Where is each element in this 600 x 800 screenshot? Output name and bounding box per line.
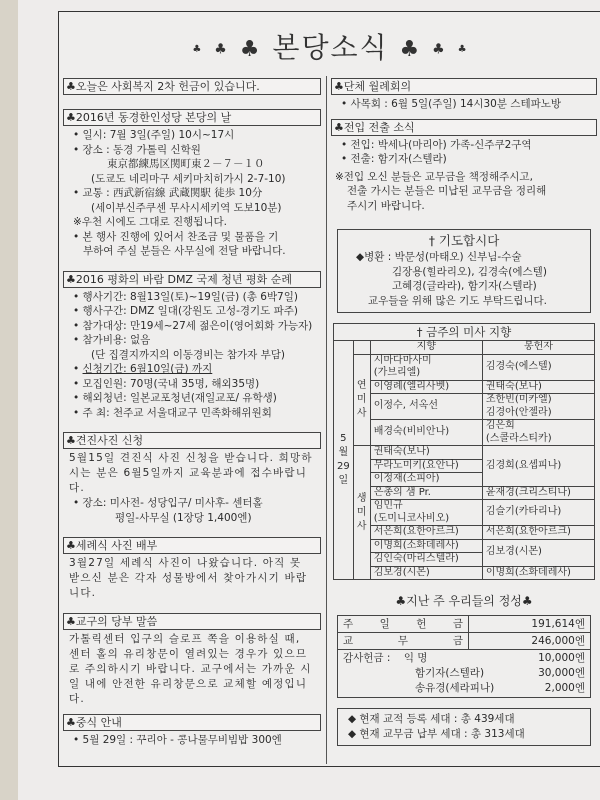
sunday-offering-label: 주일헌금 xyxy=(338,616,469,633)
club-icon: ♣ xyxy=(432,42,447,58)
confirmation-photo-place-2: 평일-사무실 (1장당 1,400엔) xyxy=(63,511,321,526)
prayer-request: 교우들을 위해 많은 기도 부탁드립니다. xyxy=(338,294,590,309)
transfer-out: • 전출: 함기자(스텔라) xyxy=(331,152,597,167)
dues-households: ◆ 현재 교무금 납부 세대 : 총 313세대 xyxy=(348,727,590,742)
dmz-period: • 행사기간: 8월13일(토)~19일(금) (총 6박7일) xyxy=(63,290,321,305)
prayer-sick: ◆병환 : 박문성(마태오) 신부님-수술 xyxy=(338,250,590,265)
bulletin-frame: ♣ ♣ ♣ 본당소식 ♣ ♣ ♣ ♣오늘은 사회복지 2차 헌금이 있습니다. … xyxy=(58,11,600,767)
mass-intention-table: † 금주의 미사 지향 5 월 29 일 지향 봉헌자 연 미 사 시마다마사미… xyxy=(333,323,595,580)
left-column: ♣오늘은 사회복지 2차 헌금이 있습니다. ♣2016년 동경한인성당 본당의… xyxy=(63,78,321,748)
table-row: 이명희(소화데레사) 김보경(시몬) xyxy=(334,539,595,553)
table-row: 이정수, 서옥선 조한빈(미카엘) 김경아(안젤라) xyxy=(334,394,595,420)
meal-line: • 5월 29일 : 꾸리아 - 콩나물무비빔밥 300엔 xyxy=(63,733,321,748)
prayer-box: † 기도합시다 ◆병환 : 박문성(마태오) 신부님-수술 김장용(힐라리오),… xyxy=(337,229,591,313)
parish-day-transport-kr: (세이부신주쿠센 무사시세키역 도보10분) xyxy=(63,201,321,216)
dmz-heading: ♣2016 평화의 바람 DMZ 국제 청년 평화 순례 xyxy=(63,271,321,288)
dues-amount: 246,000엔 xyxy=(469,633,591,650)
parish-day-rain-note: ※우천 시에도 그대로 진행됩니다. xyxy=(63,215,321,230)
sunday-offering-amount: 191,614엔 xyxy=(469,616,591,633)
prayer-names-1: 김장용(힐라리오), 김경숙(에스텔) xyxy=(338,265,590,280)
col-offerer: 봉헌자 xyxy=(482,341,594,355)
prayer-names-2: 고혜경(글라라), 함기자(스텔라) xyxy=(338,279,590,294)
dmz-cost: • 참가비용: 없음 xyxy=(63,333,321,348)
table-row: 연 미 사 시마다마사미 (가브리엘) 김경숙(에스텔) xyxy=(334,354,595,380)
table-row: 주일헌금 191,614엔 xyxy=(338,616,591,633)
parish-day-heading: ♣2016년 동경한인성당 본당의 날 xyxy=(63,109,321,126)
dmz-target: • 참가대상: 만19세~27세 젊은이(영어회화 가능자) xyxy=(63,319,321,334)
paper: ♣ ♣ ♣ 본당소식 ♣ ♣ ♣ ♣오늘은 사회복지 2차 헌금이 있습니다. … xyxy=(18,0,600,800)
parish-day-place: • 장소 : 동경 가톨릭 신학원 xyxy=(63,143,321,158)
col-intention: 지향 xyxy=(370,341,482,355)
dues-label: 교무금 xyxy=(338,633,469,650)
club-icon: ♣ xyxy=(214,42,229,58)
title-text: 본당소식 xyxy=(272,31,388,64)
table-row: 김보경(시몬) 이명희(소화데레사) xyxy=(334,566,595,580)
table-row: 배경숙(비비안나) 김은희 (스콜라스티카) xyxy=(334,420,595,446)
parish-day-address-kr: (도쿄도 네리마구 세키마치히가시 2-7-10) xyxy=(63,172,321,187)
transfer-note-3: 주시기 바랍니다. xyxy=(331,199,597,214)
group-meeting-heading: ♣단체 월례회의 xyxy=(331,78,597,95)
dmz-recruit: • 모집인원: 70명(국내 35명, 해외35명) xyxy=(63,377,321,392)
parish-day-date: • 일시: 7월 3일(주일) 10시~17시 xyxy=(63,128,321,143)
thanks-offering: 감사헌금 : 익 명10,000엔 함기자(스텔라)30,000엔 송유경(세라… xyxy=(338,650,591,698)
right-column: ♣단체 월례회의 • 사목회 : 6월 5일(주일) 14시30분 스테파노방 … xyxy=(331,78,597,746)
table-row: 이영례(엘리사벳) 권태숙(보나) xyxy=(334,380,595,394)
offering-title: ♣지난 주 우리들의 정성♣ xyxy=(331,592,597,609)
group-meeting-line: • 사목회 : 6월 5일(주일) 14시30분 스테파노방 xyxy=(331,97,597,112)
parish-day-address-jp: 東京都練馬区関町東２－７－１０ xyxy=(63,157,321,172)
registered-households: ◆ 현재 교적 등록 세대 : 총 439세대 xyxy=(348,712,590,727)
confirmation-photo-place: • 장소: 미사전- 성당입구/ 미사후- 센터홀 xyxy=(63,496,321,511)
parish-request-body: 가톨릭센터 입구의 슬로프 쪽을 이용하실 때, 센터 홀의 유리창문이 열려있… xyxy=(63,632,321,707)
baptism-photo-heading: ♣세례식 사진 배부 xyxy=(63,537,321,554)
parish-day-donation-1: • 본 행사 진행에 있어서 찬조금 및 물품을 기 xyxy=(63,230,321,245)
dmz-apply-period: • 신청기간: 6월10일(금) 까지 xyxy=(63,362,321,377)
parish-day-donation-2: 부하여 주실 분들은 사무실에 전달 바랍니다. xyxy=(63,244,321,259)
transfer-in: • 전입: 박세나(마리아) 가족-신주쿠2구역 xyxy=(331,138,597,153)
club-icon: ♣ xyxy=(240,37,262,62)
table-row: 서은희(요한아르크) 서은희(요한아르크) xyxy=(334,526,595,540)
dmz-area: • 행사구간: DMZ 일대(강원도 고성-경기도 파주) xyxy=(63,304,321,319)
table-row: 교무금 246,000엔 xyxy=(338,633,591,650)
parish-day-transport: • 교통 : 西武新宿線 武蔵関駅 徒歩 10分 xyxy=(63,186,321,201)
baptism-photo-body: 3월27일 세례식 사진이 나왔습니다. 아직 못 받으신 분은 각자 성물방에… xyxy=(63,556,321,601)
household-summary: ◆ 현재 교적 등록 세대 : 총 439세대 ◆ 현재 교무금 납부 세대 :… xyxy=(337,708,591,746)
table-row: 생 미 사 권태숙(보나) 김경희(요셉피나) xyxy=(334,446,595,460)
table-row: 감사헌금 : 익 명10,000엔 함기자(스텔라)30,000엔 송유경(세라… xyxy=(338,650,591,698)
mass-table-title: † 금주의 미사 지향 xyxy=(334,324,595,341)
table-row: 임민규 (도미니코사비오) 김슬기(카타리나) xyxy=(334,500,595,526)
club-icon: ♣ xyxy=(400,37,422,62)
column-divider xyxy=(326,76,327,764)
table-row: 은총의 샘 Pr. 윤재경(크리스티나) xyxy=(334,486,595,500)
memorial-mass-label: 연 미 사 xyxy=(353,354,370,446)
transfer-note-1: ※전입 오신 분들은 교무금을 책정해주시고, xyxy=(331,170,597,185)
transfer-heading: ♣전입 전출 소식 xyxy=(331,119,597,136)
notice-heading: ♣오늘은 사회복지 2차 헌금이 있습니다. xyxy=(63,78,321,95)
dmz-apply-text: 신청기간: 6월10일(금) 까지 xyxy=(83,363,213,375)
dmz-overseas: • 해외청년: 일본교포청년(재일교포/ 유학생) xyxy=(63,391,321,406)
confirmation-photo-heading: ♣견진사진 신청 xyxy=(63,432,321,449)
page-title: ♣ ♣ ♣ 본당소식 ♣ ♣ ♣ xyxy=(59,26,600,66)
living-mass-label: 생 미 사 xyxy=(353,446,370,580)
prayer-title: † 기도합시다 xyxy=(338,232,590,250)
club-icon: ♣ xyxy=(458,44,469,55)
meal-heading: ♣중식 안내 xyxy=(63,714,321,731)
dmz-cost-note: (단 집결지까지의 이동경비는 참가자 부담) xyxy=(63,348,321,363)
mass-date: 5 월 29 일 xyxy=(334,341,354,580)
confirmation-photo-body: 5월15일 견진식 사진 신청을 받습니다. 희망하시는 분은 6월5일까지 교… xyxy=(63,451,321,496)
offering-table: 주일헌금 191,614엔 교무금 246,000엔 감사헌금 : xyxy=(337,615,591,698)
transfer-note-2: 전출 가시는 분들은 미납된 교무금을 정리해 xyxy=(331,184,597,199)
club-icon: ♣ xyxy=(192,44,203,55)
dmz-host: • 주 최: 천주교 서울대교구 민족화해위원회 xyxy=(63,406,321,421)
parish-request-heading: ♣교구의 당부 말씀 xyxy=(63,613,321,630)
